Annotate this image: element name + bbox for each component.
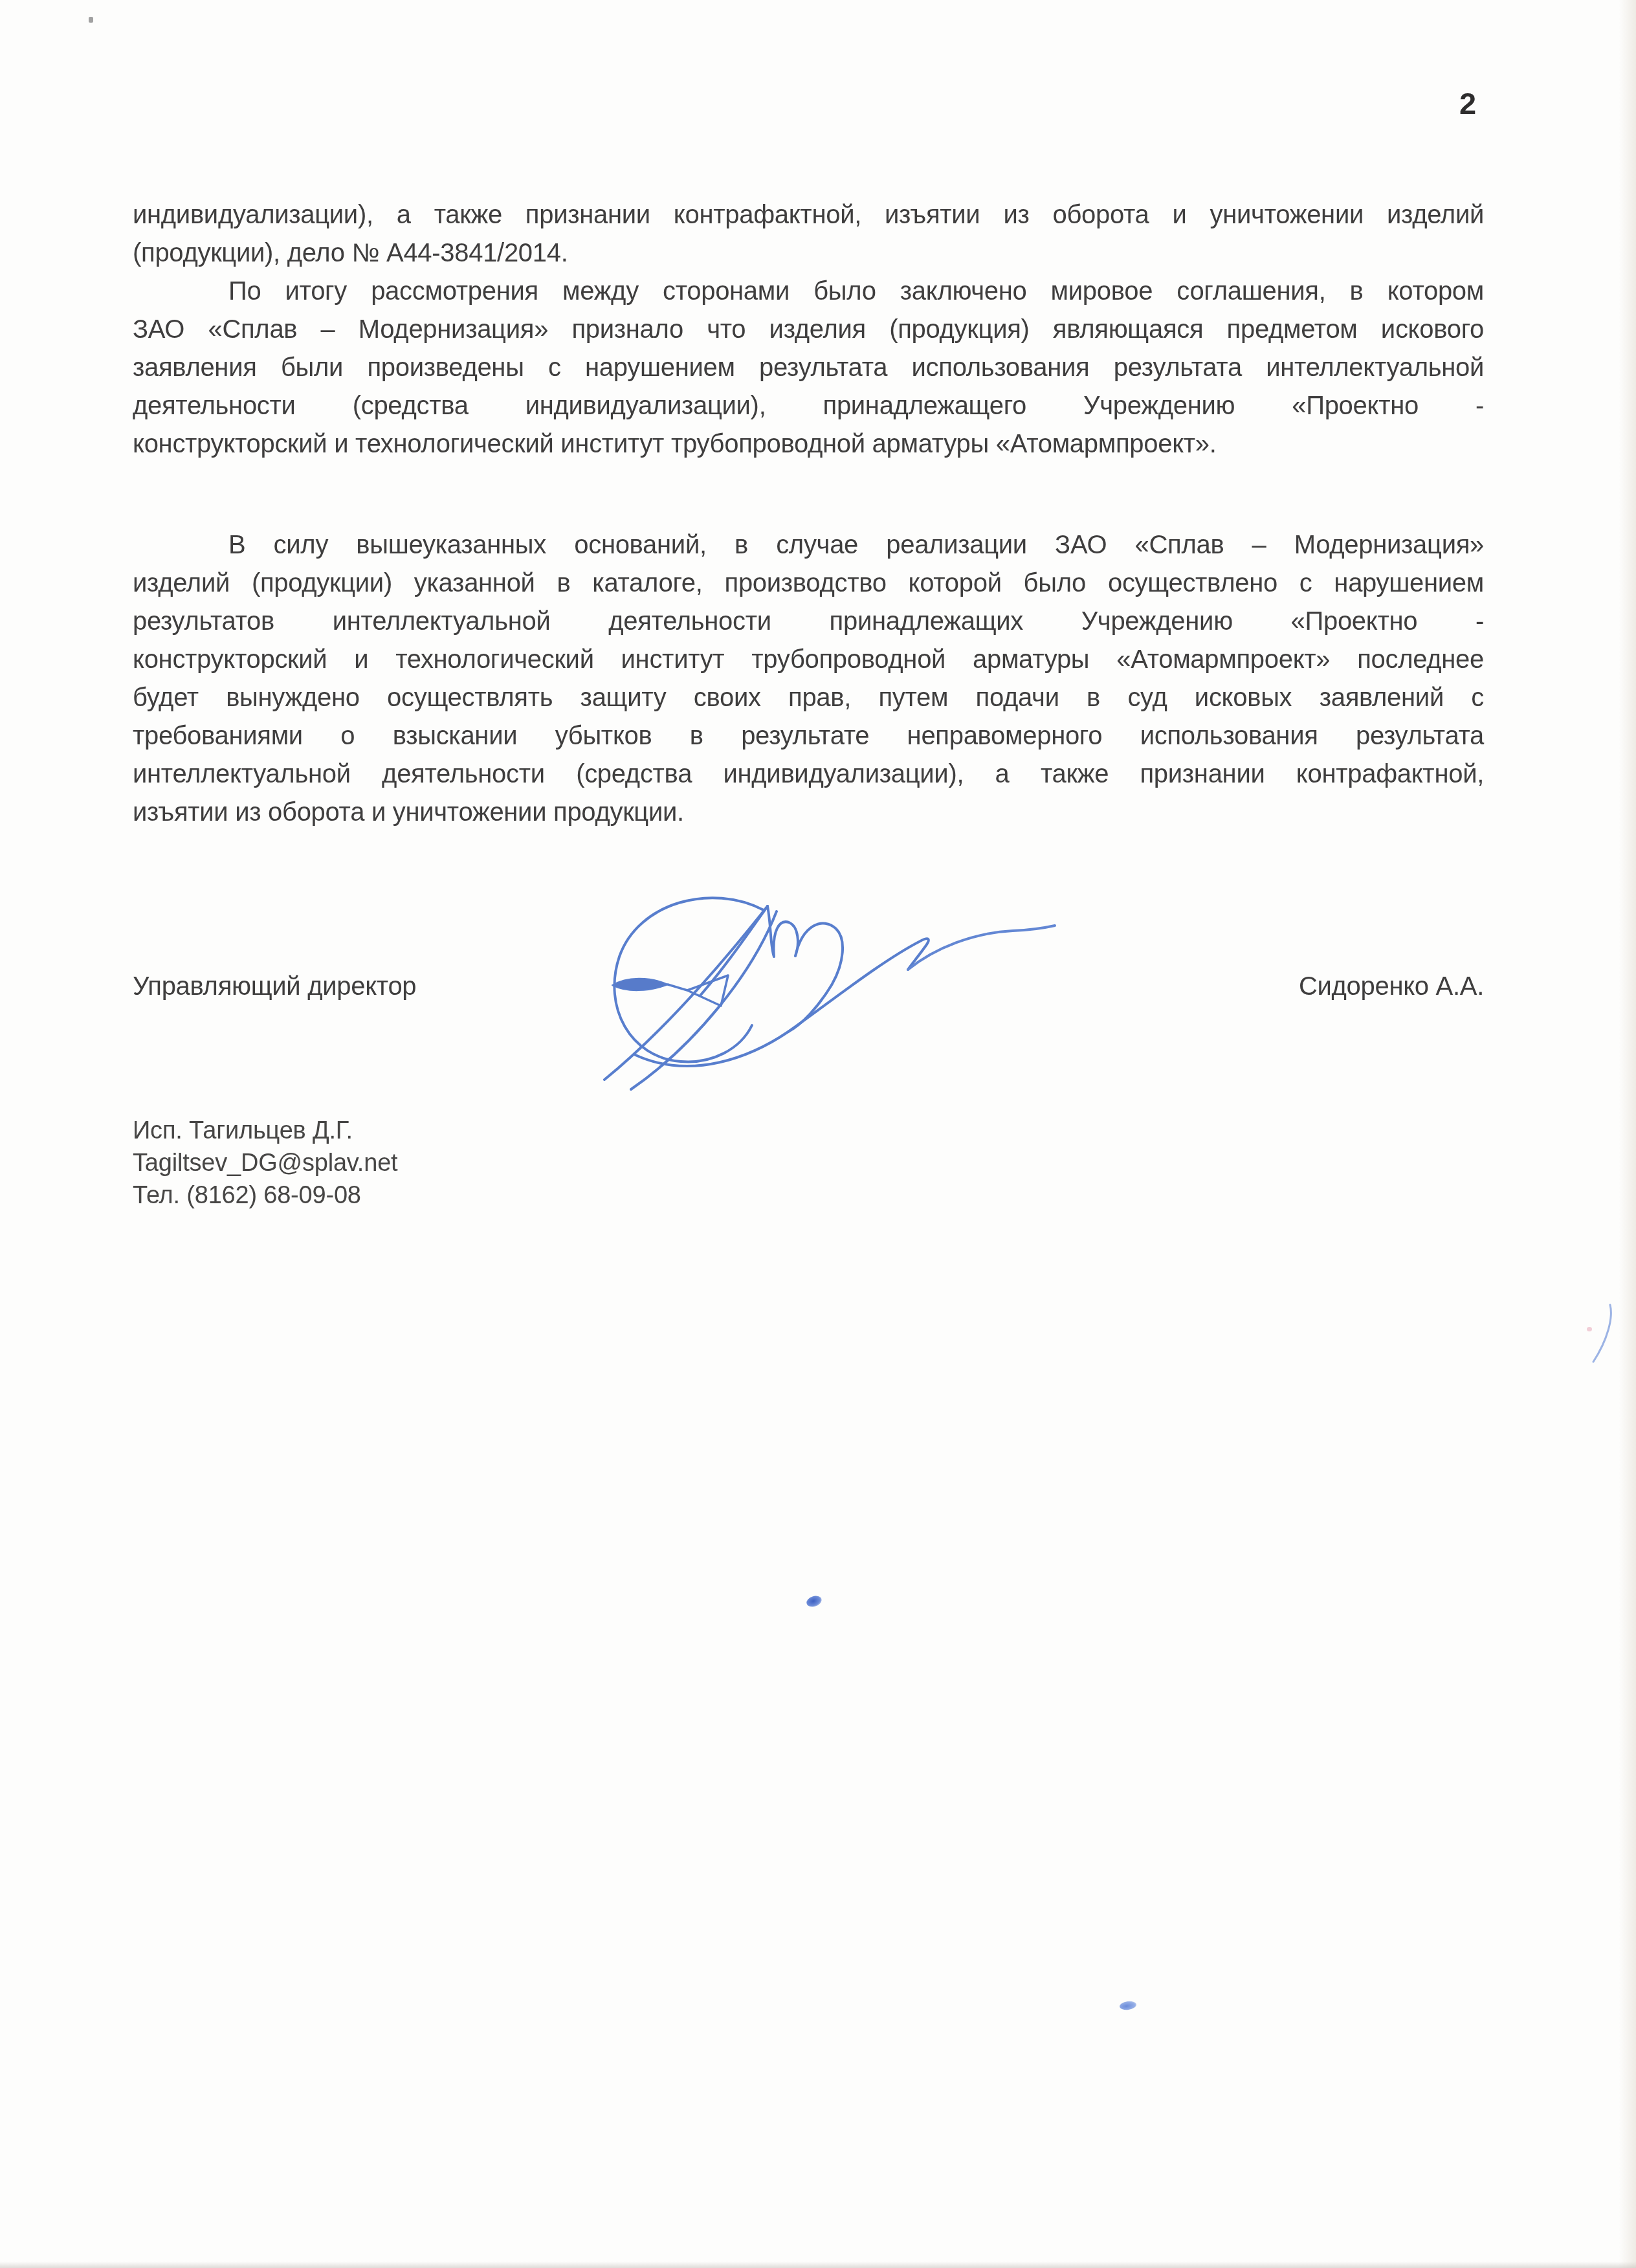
email-line: Tagiltsev_DG@splav.net (133, 1147, 397, 1179)
body-line: деятельности (средства индивидуализации)… (133, 387, 1484, 425)
ink-stroke-right-edge (1587, 1300, 1618, 1364)
scan-edge-right (1619, 0, 1636, 2268)
signatory-name: Сидоренко А.А. (1272, 972, 1484, 1001)
body-line: конструкторский и технологический инстит… (133, 425, 1484, 463)
scanned-letter-page: 2 индивидуализации), а также признании к… (0, 0, 1636, 2268)
body-line: изъятии из оборота и уничтожении продукц… (133, 794, 1484, 832)
body-line: По итогу рассмотрения между сторонами бы… (133, 272, 1484, 311)
signature-ink (602, 892, 1068, 1093)
scan-speck (89, 17, 93, 23)
paragraph-1: индивидуализации), а также признании кон… (133, 196, 1484, 272)
body-line: (продукции), дело № А44-3841/2014. (133, 234, 1484, 272)
page-number: 2 (1448, 85, 1487, 121)
signatory-title: Управляющий директор (133, 972, 416, 1001)
scan-edge-bottom (0, 2262, 1636, 2268)
body-line: заявления были произведены с нарушением … (133, 349, 1484, 387)
body-line: будет вынуждено осуществлять защиту свои… (133, 679, 1484, 717)
body-line: результатов интеллектуальной деятельност… (133, 603, 1484, 641)
letter-body: индивидуализации), а также признании кон… (133, 196, 1484, 832)
paragraph-2: По итогу рассмотрения между сторонами бы… (133, 272, 1484, 463)
body-line: конструкторский и технологический инстит… (133, 641, 1484, 679)
ink-dot (805, 1594, 823, 1609)
body-line: интеллектуальной деятельности (средства … (133, 755, 1484, 794)
body-line: ЗАО «Сплав – Модернизация» признало что … (133, 311, 1484, 349)
executor-line: Исп. Тагильцев Д.Г. (133, 1115, 397, 1147)
ink-smudge (1119, 2000, 1137, 2010)
body-line: требованиями о взыскании убытков в резул… (133, 717, 1484, 755)
footer-contact: Исп. Тагильцев Д.Г. Tagiltsev_DG@splav.n… (133, 1115, 397, 1212)
paragraph-3: В силу вышеуказанных оснований, в случае… (133, 526, 1484, 832)
body-line: В силу вышеуказанных оснований, в случае… (133, 526, 1484, 564)
body-line: индивидуализации), а также признании кон… (133, 196, 1484, 234)
phone-line: Тел. (8162) 68-09-08 (133, 1179, 397, 1212)
body-line: изделий (продукции) указанной в каталоге… (133, 564, 1484, 603)
